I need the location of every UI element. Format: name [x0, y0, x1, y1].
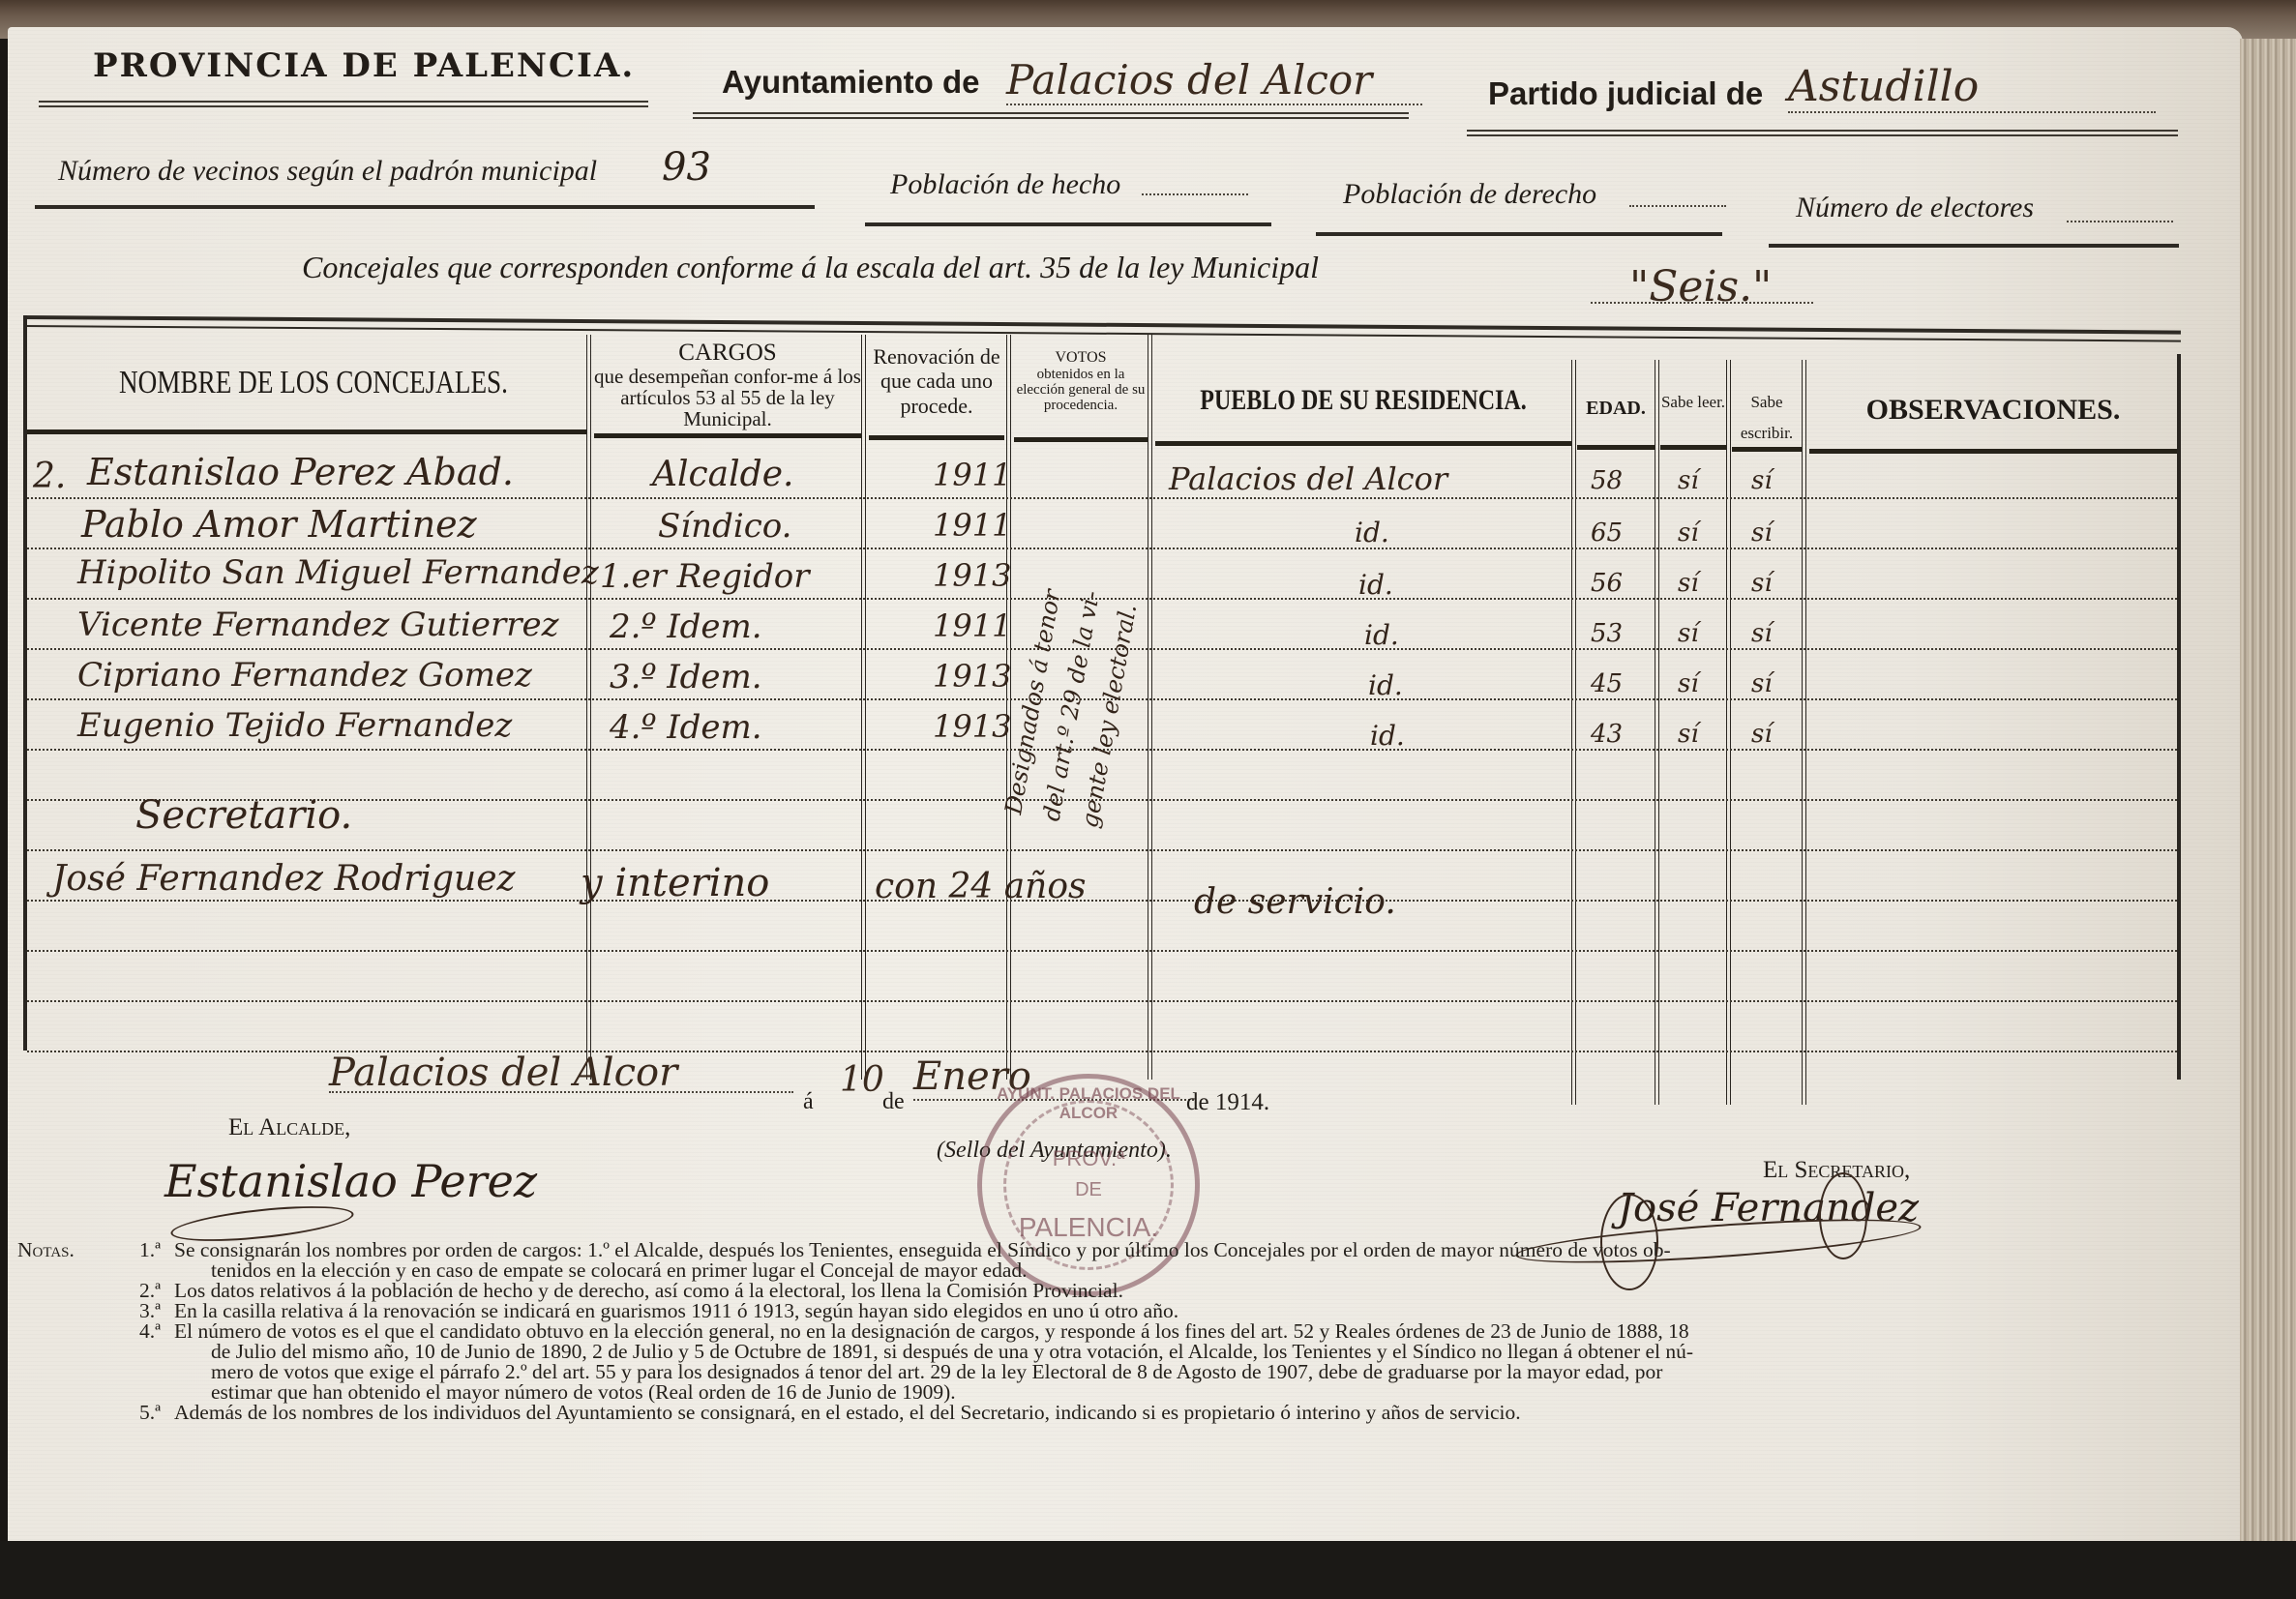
cell-sabe-leer: sí — [1678, 466, 1699, 495]
footer-year: de 1914. — [1186, 1089, 1269, 1116]
provincia-title: PROVINCIA DE PALENCIA. — [93, 46, 635, 85]
note-number: 5.ª — [114, 1403, 174, 1423]
cell-edad: 43 — [1591, 720, 1623, 749]
col-divider — [1148, 335, 1152, 1080]
cell-sabe-leer: sí — [1678, 619, 1699, 648]
divider — [865, 222, 1271, 226]
concejales-value: "Seis." — [1591, 273, 1813, 304]
col-divider — [586, 335, 591, 1080]
note-number: 2.ª — [114, 1281, 174, 1301]
header-observaciones: OBSERVACIONES. — [1809, 395, 2177, 426]
header-pueblo: PUEBLO DE SU RESIDENCIA. — [1197, 385, 1530, 416]
partido-value: Astudillo — [1788, 62, 2156, 113]
electores-value — [2067, 221, 2173, 222]
cell-cargo: Alcalde. — [652, 455, 793, 494]
header-separator — [1577, 445, 1655, 450]
cell-pueblo: Palacios del Alcor — [1169, 460, 1447, 497]
header-votos-title: VOTOS — [1014, 350, 1148, 367]
secretario-nombre: José Fernandez Rodriguez — [52, 859, 516, 899]
cell-renovacion: 1913 — [933, 708, 1011, 745]
cell-cargo: 4.º Idem. — [610, 708, 762, 747]
note-text: Se consignarán los nombres por orden de … — [174, 1240, 2175, 1260]
concejales-label: Concejales que corresponden conforme á l… — [302, 250, 1319, 285]
seal-middle-text: PROV.ª — [982, 1146, 1195, 1171]
header-votos-sub: obtenidos en la elección general de su p… — [1014, 368, 1148, 413]
cell-renovacion: 1911 — [933, 607, 1011, 644]
note-text: El número de votos es el que el candidat… — [174, 1321, 2175, 1342]
note-item: 2.ª Los datos relativos á la población d… — [17, 1281, 2175, 1301]
row-line — [27, 849, 2177, 851]
footer-place: Palacios del Alcor — [329, 1051, 677, 1095]
row-marker: 2. — [33, 457, 66, 496]
cell-sabe-escribir: sí — [1751, 466, 1773, 495]
footer-day: 10 — [840, 1060, 884, 1100]
note-number: 3.ª — [114, 1301, 174, 1321]
header-sabe-leer: Sabe leer. — [1660, 387, 1726, 418]
table-top-rule — [23, 315, 2181, 335]
footer-place-line — [329, 1091, 793, 1093]
divider — [1316, 232, 1722, 236]
note-item: 4.ª El número de votos es el que el cand… — [17, 1321, 2175, 1342]
book-page-edges — [2240, 39, 2296, 1586]
footer-de-label: de — [882, 1089, 905, 1115]
cell-renovacion: 1911 — [933, 507, 1011, 544]
header-separator — [1732, 447, 1802, 452]
header-separator — [1155, 441, 1571, 446]
header-edad: EDAD. — [1577, 399, 1655, 419]
cell-pueblo: id. — [1364, 619, 1399, 651]
note-number: 1.ª — [114, 1240, 174, 1260]
note-text: estimar que han obtenido el mayor número… — [17, 1382, 2175, 1403]
seal-de-text: DE — [982, 1179, 1195, 1201]
note-item: 5.ª Además de los nombres de los individ… — [17, 1403, 2175, 1423]
note-text: Los datos relativos á la población de he… — [174, 1281, 2175, 1301]
col-divider — [1726, 360, 1731, 1105]
cell-sabe-escribir: sí — [1751, 720, 1773, 749]
header-cargos-sub: que desempeñan confor-me á los artículos… — [594, 366, 861, 429]
partido-label: Partido judicial de — [1488, 75, 1763, 112]
vecinos-label: Número de vecinos según el padrón munici… — [58, 155, 597, 188]
cell-edad: 58 — [1591, 466, 1623, 495]
note-text: En la casilla relativa á la renovación s… — [174, 1301, 2175, 1321]
cell-pueblo: id. — [1358, 569, 1393, 601]
poblacion-derecho-value — [1629, 205, 1726, 207]
alcalde-label: El Alcalde, — [228, 1114, 350, 1141]
cell-sabe-escribir: sí — [1751, 518, 1773, 548]
cell-nombre: Hipolito San Miguel Fernandez — [77, 553, 599, 592]
secretario-detalle-2: con 24 años — [875, 867, 1087, 906]
cell-edad: 56 — [1591, 569, 1623, 598]
cell-edad: 45 — [1591, 669, 1623, 698]
col-divider — [1655, 360, 1659, 1105]
notes-label: Notas. — [17, 1240, 114, 1260]
col-divider — [1802, 360, 1806, 1105]
note-text: tenidos en la elección y en caso de empa… — [17, 1260, 2175, 1281]
cell-renovacion: 1913 — [933, 557, 1011, 594]
row-line — [27, 950, 2177, 952]
row-line — [27, 900, 2177, 902]
cell-renovacion: 1911 — [933, 457, 1011, 493]
cell-nombre: Eugenio Tejido Fernandez — [77, 706, 512, 745]
table-left-border — [23, 315, 27, 1051]
poblacion-hecho-label: Población de hecho — [890, 168, 1120, 201]
header-separator — [1014, 437, 1148, 442]
cell-cargo: 1.er Regidor — [600, 557, 809, 596]
row-line — [27, 1000, 2177, 1002]
cell-pueblo: id. — [1355, 517, 1389, 548]
electores-label: Número de electores — [1796, 192, 2034, 224]
secretario-detalle-1: y interino — [581, 861, 769, 905]
cell-nombre: Vicente Fernandez Gutierrez — [77, 606, 559, 644]
header-cargos-title: CARGOS — [594, 341, 861, 366]
cell-sabe-escribir: sí — [1751, 619, 1773, 648]
cell-cargo: Síndico. — [658, 507, 791, 546]
seal-top-text: AYUNT. PALACIOS DEL ALCOR — [982, 1084, 1195, 1123]
note-text: mero de votos que exige el párrafo 2.º d… — [17, 1362, 2175, 1382]
divider — [39, 101, 648, 107]
secretario-heading: Secretario. — [135, 793, 352, 838]
vecinos-value: 93 — [662, 145, 711, 190]
notes-section: Notas. 1.ª Se consignarán los nombres po… — [17, 1240, 2175, 1423]
cell-renovacion: 1913 — [933, 658, 1011, 695]
header-renovacion: Renovación de que cada uno procede. — [869, 344, 1004, 418]
cell-edad: 65 — [1591, 518, 1623, 548]
table-right-border — [2177, 354, 2181, 1080]
divider — [1467, 130, 2178, 136]
header-separator — [1809, 449, 2177, 454]
cell-sabe-leer: sí — [1678, 518, 1699, 548]
cell-sabe-escribir: sí — [1751, 569, 1773, 598]
cell-pueblo: id. — [1368, 669, 1403, 701]
note-item: Notas. 1.ª Se consignarán los nombres po… — [17, 1240, 2175, 1260]
cell-cargo: 3.º Idem. — [610, 658, 762, 696]
cell-pueblo: id. — [1370, 720, 1405, 752]
votos-annotation: Designados á tenor del art.º 29 de la vi… — [1010, 470, 1146, 760]
header-sabe-escribir: Sabe escribir. — [1732, 387, 1802, 450]
cell-sabe-escribir: sí — [1751, 669, 1773, 698]
header-nombre: NOMBRE DE LOS CONCEJALES. — [97, 366, 530, 400]
secretario-detalle-3: de servicio. — [1194, 882, 1396, 922]
concejales-table: NOMBRE DE LOS CONCEJALES. CARGOS que des… — [23, 315, 2181, 1089]
cell-nombre: Pablo Amor Martinez — [81, 503, 477, 546]
book-bottom-edge — [0, 1541, 2296, 1599]
header-separator — [869, 435, 1004, 440]
note-item: 3.ª En la casilla relativa á la renovaci… — [17, 1301, 2175, 1321]
header-separator — [27, 429, 586, 434]
ayuntamiento-label: Ayuntamiento de — [722, 64, 979, 101]
poblacion-hecho-value — [1142, 193, 1248, 195]
footer-a-label: á — [803, 1089, 814, 1115]
alcalde-signature: Estanislao Perez — [164, 1155, 537, 1207]
col-divider — [1571, 360, 1576, 1105]
header-separator — [1660, 445, 1726, 450]
cell-sabe-leer: sí — [1678, 720, 1699, 749]
note-text: Además de los nombres de los individuos … — [174, 1403, 2175, 1423]
cell-sabe-leer: sí — [1678, 569, 1699, 598]
note-text: de Julio del mismo año, 10 de Junio de 1… — [17, 1342, 2175, 1362]
header-separator — [594, 433, 861, 438]
cell-nombre: Estanislao Perez Abad. — [87, 451, 514, 493]
divider — [693, 112, 1409, 119]
note-number: 4.ª — [114, 1321, 174, 1342]
col-divider — [861, 335, 866, 1080]
poblacion-derecho-label: Población de derecho — [1343, 178, 1596, 211]
divider — [35, 205, 815, 209]
cell-edad: 53 — [1591, 619, 1623, 648]
cell-nombre: Cipriano Fernandez Gomez — [77, 656, 532, 695]
divider — [1769, 244, 2179, 248]
cell-sabe-leer: sí — [1678, 669, 1699, 698]
ayuntamiento-value: Palacios del Alcor — [1006, 56, 1422, 105]
cell-cargo: 2.º Idem. — [610, 607, 762, 646]
